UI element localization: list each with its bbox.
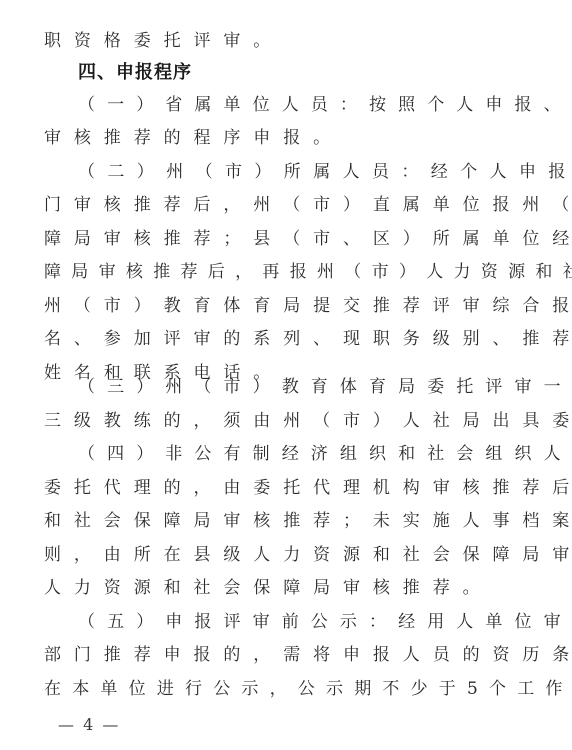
paragraph-4-line-5: 人力资源和社会保障局审核推荐。 xyxy=(44,576,524,600)
paragraph-2-line-3: 障局审核推荐；县（市、区）所属单位经县级人力资源和社会保 xyxy=(44,227,524,251)
paragraph-4-line-1: （四）非公有制经济组织和社会组织人员：已实施人事档案 xyxy=(78,442,558,466)
section-heading: 四、申报程序 xyxy=(78,61,192,85)
paragraph-1-line-2: 审核推荐的程序申报。 xyxy=(44,126,524,150)
paragraph-5-line-2: 部门推荐申报的，需将申报人员的资历条件及学术、业绩成果等 xyxy=(44,643,524,667)
paragraph-5-line-1: （五）申报评审前公示：经用人单位审核拟同意向上级主管 xyxy=(78,610,558,634)
paragraph-5-line-3: 在本单位进行公示，公示期不少于5个工作日，公示无异议的方 xyxy=(44,677,524,701)
paragraph-3-line-2: 三级教练的，须由州（市）人社局出具委托评审函。 xyxy=(44,409,524,433)
paragraph-4-line-3: 和社会保障局审核推荐；未实施人事档案委托代理的，按属地原 xyxy=(44,509,524,533)
paragraph-3-line-1: （三）州（市）教育体育局委托评审一级教练、二级教练、 xyxy=(78,375,558,399)
page-number: — 4 — xyxy=(58,714,120,736)
paragraph-2-line-6: 名、参加评审的系列、现职务级别、推荐理由及职称工作联系人 xyxy=(44,327,524,351)
paragraph-1-line-1: （一）省属单位人员：按照个人申报、单位推荐、主管部门 xyxy=(78,93,558,117)
text-line-1: 职资格委托评审。 xyxy=(44,29,524,53)
paragraph-2-line-2: 门审核推荐后，州（市）直属单位报州（市）人力资源和社会保 xyxy=(44,193,524,217)
paragraph-2-line-4: 障局审核推荐后，再报州（市）人力资源和社会保障局审核推荐。 xyxy=(44,260,524,284)
paragraph-2-line-1: （二）州（市）所属人员：经个人申报、单位推荐、主管部 xyxy=(78,160,558,184)
paragraph-2-line-5: 州（市）教育体育局提交推荐评审综合报告，说明被申报人员姓 xyxy=(44,294,524,318)
paragraph-4-line-4: 则，由所在县级人力资源和社会保障局审核推荐后，报州（市） xyxy=(44,543,524,567)
document-page: 职资格委托评审。 四、申报程序 （一）省属单位人员：按照个人申报、单位推荐、主管… xyxy=(0,0,572,750)
paragraph-4-line-2: 委托代理的，由委托代理机构审核推荐后，报州（市）人力资源 xyxy=(44,476,524,500)
